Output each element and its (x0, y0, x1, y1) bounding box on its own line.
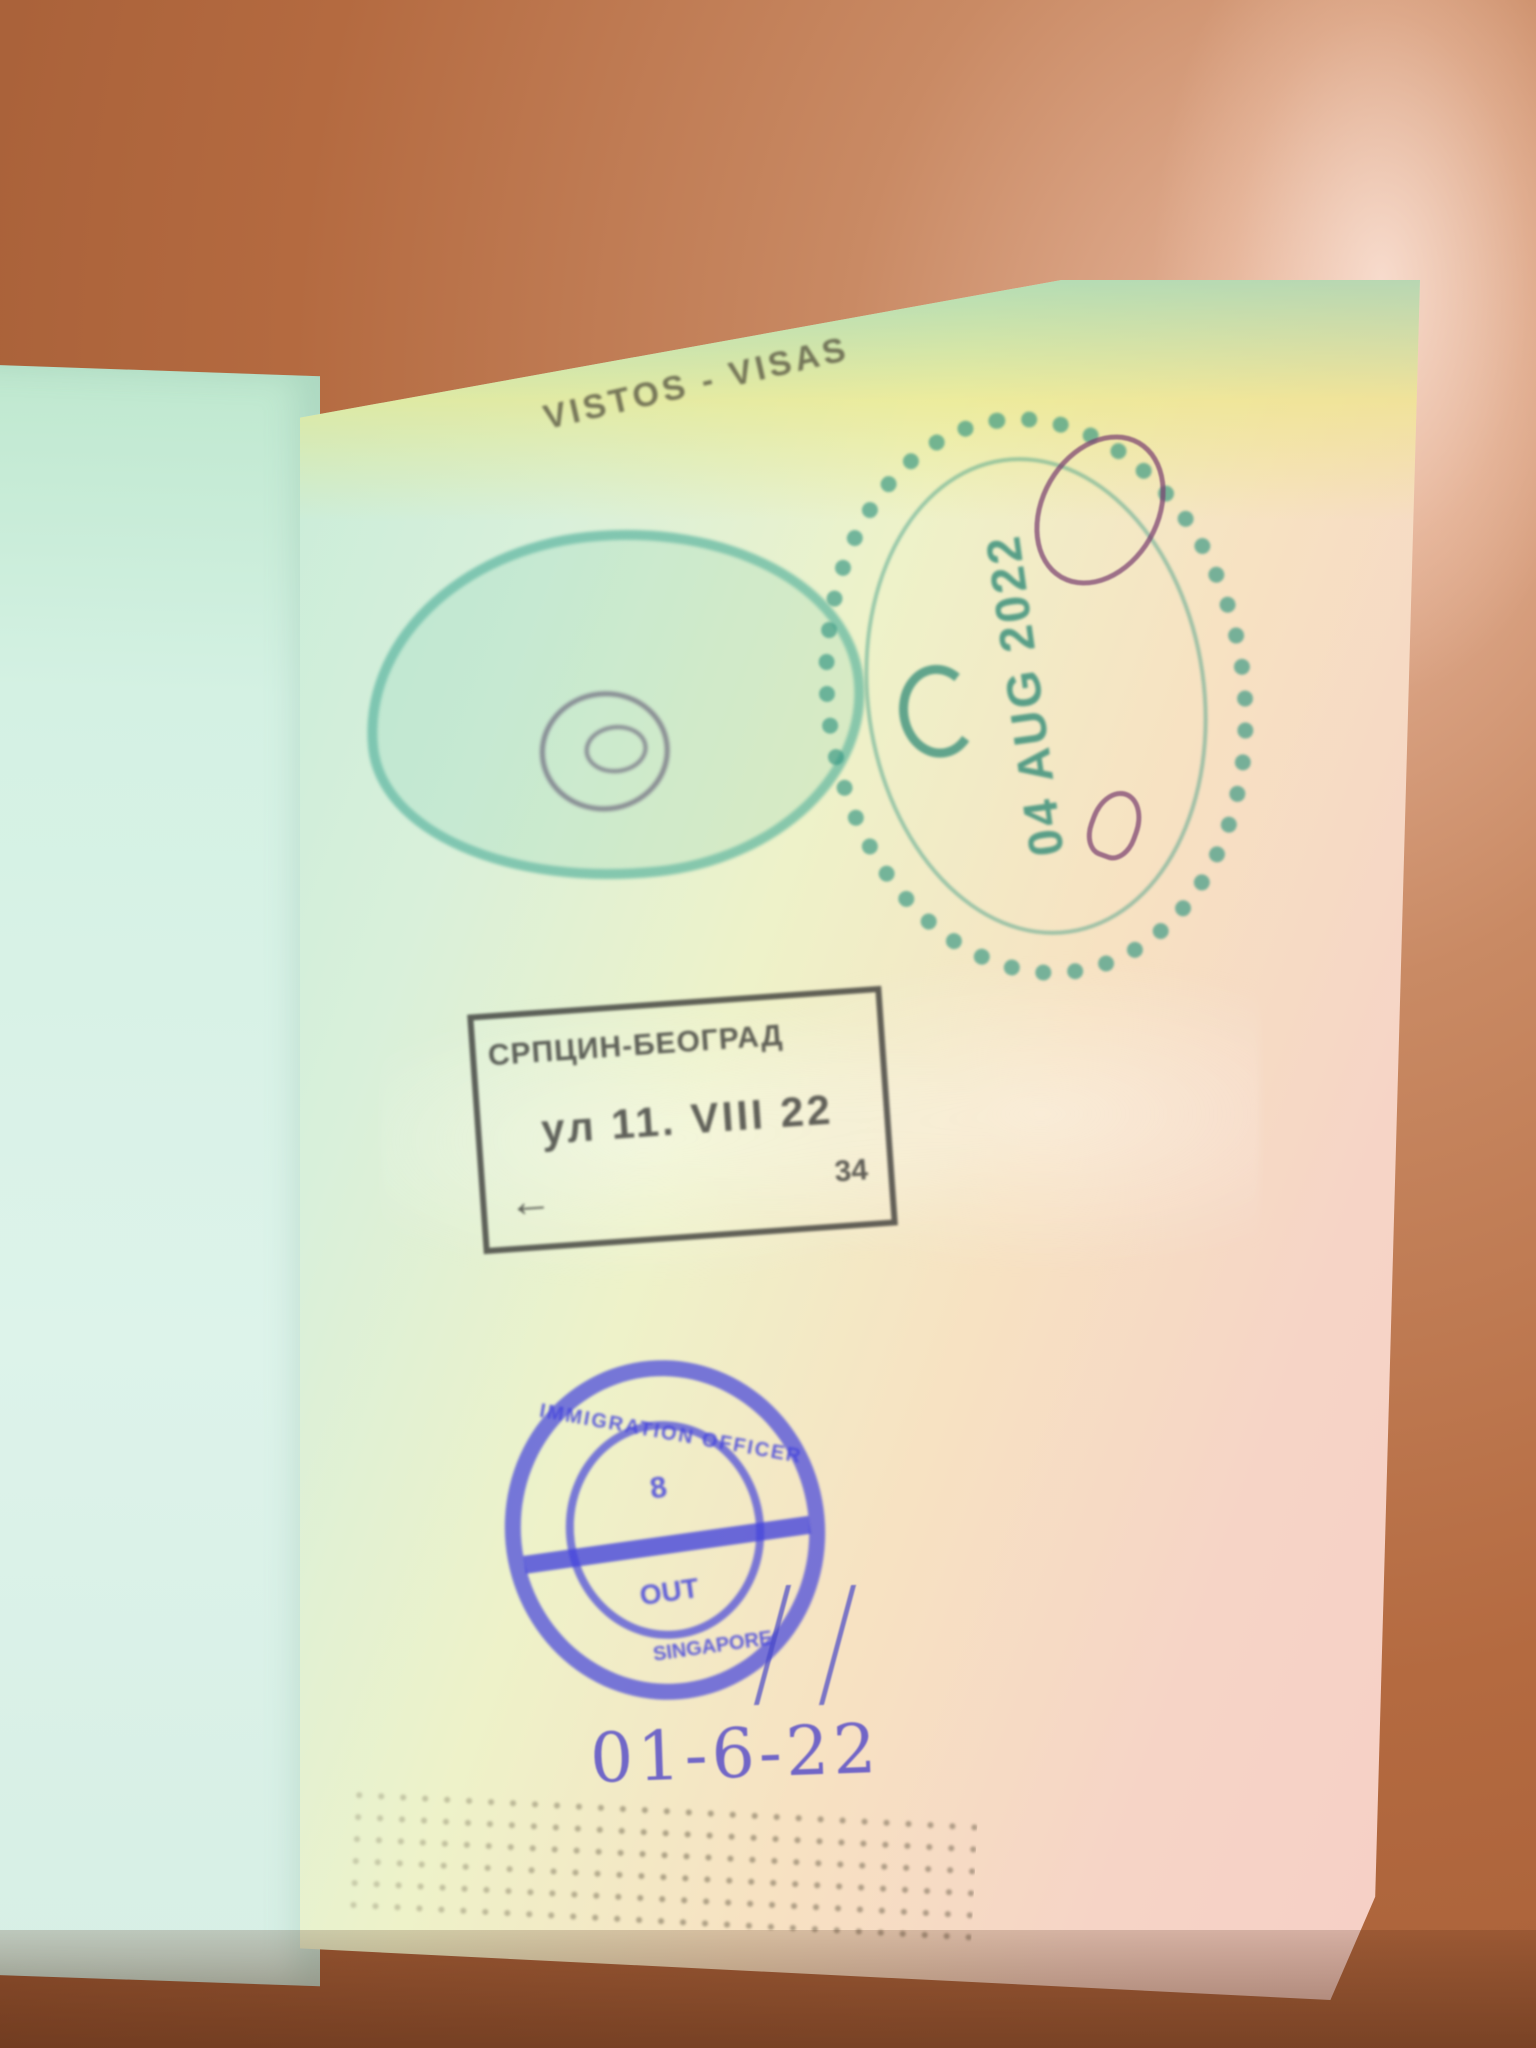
stamp-date: ул 11. VIII 22 (540, 1086, 835, 1154)
handwritten-date: 01-6-22 (589, 1710, 882, 1799)
stamp-mark-glyph (893, 660, 983, 763)
serbian-border-stamp: СРПЦИН-БЕОГРАД ул 11. VIII 22 ← 34 (467, 986, 898, 1254)
exit-arrow-icon: ← (507, 1175, 554, 1228)
passport: VISTOS - VISAS 04 AUG 2022 СРПЦИН-БЕОГРА… (0, 0, 1536, 2048)
table-shadow (0, 1930, 1536, 2048)
passport-left-page (0, 364, 320, 1987)
stamp-number: 34 (833, 1153, 869, 1189)
stamp-place: СРПЦИН-БЕОГРАД (487, 1019, 784, 1074)
